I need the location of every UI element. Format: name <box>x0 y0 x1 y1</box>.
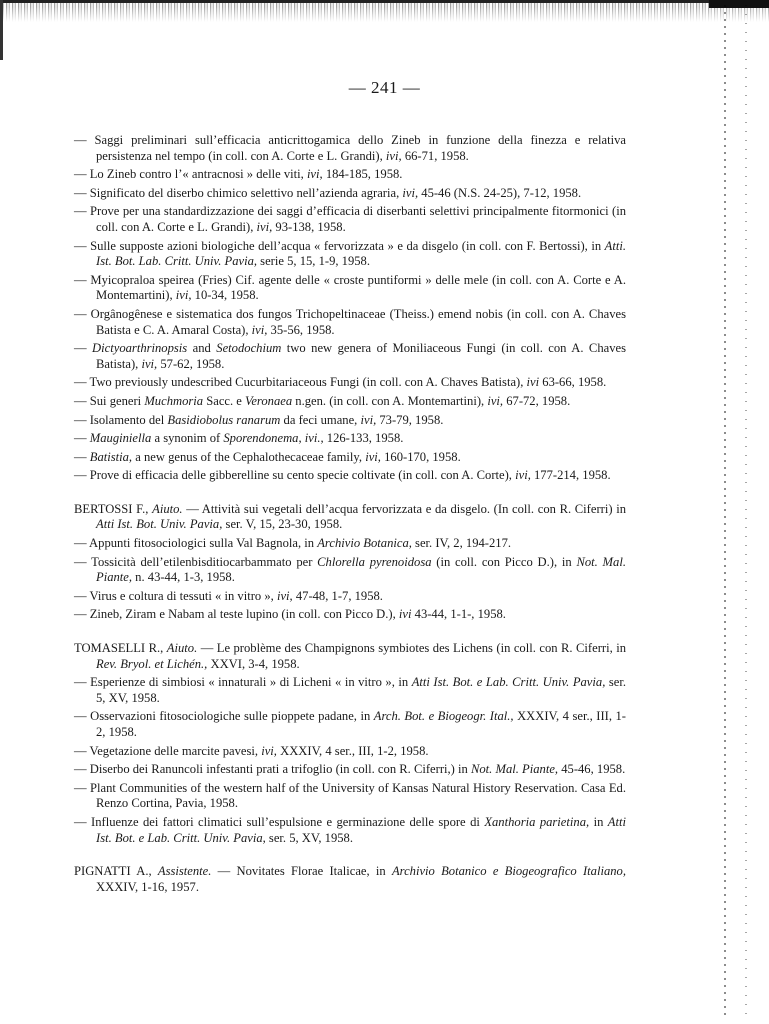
scan-edge-right <box>724 5 726 1015</box>
author-entry: TOMASELLI R., Aiuto. — Le problème des C… <box>74 641 626 672</box>
scan-corner-dark <box>709 0 769 8</box>
italic-text: Basidiobolus ranarum <box>167 413 280 427</box>
entry-text: — <box>74 431 90 445</box>
italic-text: ivi, <box>365 450 381 464</box>
bibliography-entry: — Appunti fitosociologici sulla Val Bagn… <box>74 536 626 552</box>
entry-text: a new genus of the Cephalothecaceae fami… <box>132 450 365 464</box>
italic-text: Muchmoria <box>144 394 203 408</box>
entry-text: and <box>187 341 216 355</box>
entry-text: 177-214, 1958. <box>531 468 611 482</box>
entry-text: — Saggi preliminari sull’efficacia antic… <box>74 133 626 163</box>
italic-text: ivi <box>527 375 540 389</box>
entry-text: 57-62, 1958. <box>157 357 224 371</box>
bibliography-entry: — Sulle supposte azioni biologiche dell’… <box>74 239 626 270</box>
italic-text: ivi, <box>257 220 273 234</box>
entry-text: ser. V, 15, 23-30, 1958. <box>222 517 342 531</box>
entry-text: — Sulle supposte azioni biologiche dell’… <box>74 239 605 253</box>
bibliography-entry: — Mauginiella a synonim of Sporendonema,… <box>74 431 626 447</box>
italic-text: Archivio Botanica, <box>317 536 412 550</box>
entry-text: ser. 5, XV, 1958. <box>266 831 353 845</box>
italic-text: ivi, <box>515 468 531 482</box>
entry-text: — Diserbo dei Ranuncoli infestanti prati… <box>74 762 471 776</box>
entry-text: — Lo Zineb contro l’« antracnosi » delle… <box>74 167 307 181</box>
entry-text: — Appunti fitosociologici sulla Val Bagn… <box>74 536 317 550</box>
entry-text: 47-48, 1-7, 1958. <box>293 589 383 603</box>
bibliography-entry: — Batistia, a new genus of the Cephaloth… <box>74 450 626 466</box>
scan-noise-top <box>0 0 769 22</box>
italic-text: ivi, <box>360 413 376 427</box>
entry-text: — <box>74 341 92 355</box>
entry-text: — Prove per una standardizzazione dei sa… <box>74 204 626 234</box>
italic-text: Arch. Bot. e Biogeogr. Ital., <box>374 709 514 723</box>
italic-text: Aiuto. <box>167 641 197 655</box>
entry-text: — Isolamento del <box>74 413 167 427</box>
bibliography-entry: — Prove per una standardizzazione dei sa… <box>74 204 626 235</box>
bibliography-entry: — Two previously undescribed Cucurbitari… <box>74 375 626 391</box>
italic-text: Rev. Bryol. et Lichén., <box>96 657 207 671</box>
italic-text: Assistente. <box>158 864 212 878</box>
entry-text: ser. IV, 2, 194-217. <box>412 536 511 550</box>
entry-text: in <box>589 815 608 829</box>
entry-text: — Tossicità dell’etilenbisditiocarbammat… <box>74 555 317 569</box>
scan-edge-top <box>0 0 769 3</box>
italic-text: Sporendonema, ivi., <box>223 431 323 445</box>
entry-text: 45-46, 1958. <box>558 762 625 776</box>
bibliography-entry: — Sui generi Muchmoria Sacc. e Veronaea … <box>74 394 626 410</box>
italic-text: ivi, <box>261 744 277 758</box>
entry-text: — Prove di efficacia delle gibberelline … <box>74 468 515 482</box>
entry-text: 93-138, 1958. <box>272 220 345 234</box>
italic-text: Xanthoria parietina, <box>484 815 589 829</box>
italic-text: Batistia, <box>90 450 132 464</box>
bibliography-entry: — Tossicità dell’etilenbisditiocarbammat… <box>74 555 626 586</box>
italic-text: ivi, <box>307 167 323 181</box>
entry-text: — Le problème des Champignons symbiotes … <box>197 641 626 655</box>
entry-text: — Influenze dei fattori climatici sull’e… <box>74 815 484 829</box>
entry-text: — Virus e coltura di tessuti « in vitro … <box>74 589 277 603</box>
bibliography-entry: — Plant Communities of the western half … <box>74 781 626 812</box>
bibliography-entry: — Influenze dei fattori climatici sull’e… <box>74 815 626 846</box>
italic-text: Chlorella pyrenoidosa <box>317 555 431 569</box>
entry-text: 63-66, 1958. <box>539 375 606 389</box>
bibliography-entry: — Saggi preliminari sull’efficacia antic… <box>74 133 626 164</box>
entry-text: — Zineb, Ziram e Nabam al teste lupino (… <box>74 607 399 621</box>
italic-text: Dictyoarthrinopsis <box>92 341 187 355</box>
entry-text: n. 43-44, 1-3, 1958. <box>132 570 235 584</box>
entry-text: — Osservazioni fitosociologiche sulle pi… <box>74 709 374 723</box>
author-entry: BERTOSSI F., Aiuto. — Attività sui veget… <box>74 502 626 533</box>
bibliography-entry: — Esperienze di simbiosi « innaturali » … <box>74 675 626 706</box>
italic-text: Setodochium <box>216 341 281 355</box>
italic-text: ivi, <box>487 394 503 408</box>
entry-text: — Vegetazione delle marcite pavesi, <box>74 744 261 758</box>
italic-text: ivi, <box>252 323 268 337</box>
entry-text: — Myicopraloa speirea (Fries) Cif. agent… <box>74 273 626 303</box>
entry-text: TOMASELLI R., <box>74 641 167 655</box>
italic-text: ivi, <box>176 288 192 302</box>
author-entry: PIGNATTI A., Assistente. — Novitates Flo… <box>74 864 626 895</box>
bibliography-entry: — Zineb, Ziram e Nabam al teste lupino (… <box>74 607 626 623</box>
entry-text: serie 5, 15, 1-9, 1958. <box>257 254 370 268</box>
entry-text: — Orgânogênese e sistematica dos fungos … <box>74 307 626 337</box>
entry-text: — Attività sui vegetali dell’acqua fervo… <box>183 502 626 516</box>
entry-text: a synonim of <box>151 431 223 445</box>
entry-text: — Novitates Florae Italicae, in <box>211 864 392 878</box>
italic-text: ivi, <box>141 357 157 371</box>
entry-text: — Sui generi <box>74 394 144 408</box>
scan-edge-right-outer <box>745 5 747 1015</box>
italic-text: Not. Mal. Piante, <box>471 762 558 776</box>
bibliography-entry: — Orgânogênese e sistematica dos fungos … <box>74 307 626 338</box>
entry-text: da feci umane, <box>280 413 360 427</box>
entry-text: 73-79, 1958. <box>376 413 443 427</box>
section-tomaselli: TOMASELLI R., Aiuto. — Le problème des C… <box>74 641 626 846</box>
bibliography-entry: — Virus e coltura di tessuti « in vitro … <box>74 589 626 605</box>
scan-edge-left <box>0 0 3 60</box>
entry-text: PIGNATTI A., <box>74 864 158 878</box>
italic-text: ivi, <box>386 149 402 163</box>
italic-text: ivi, <box>402 186 418 200</box>
bibliography: — Saggi preliminari sull’efficacia antic… <box>74 133 626 895</box>
entry-text: XXXIV, 1-16, 1957. <box>96 880 199 894</box>
entry-text: XXXIV, 4 ser., III, 1-2, 1958. <box>277 744 429 758</box>
italic-text: ivi <box>399 607 412 621</box>
entry-text: — Two previously undescribed Cucurbitari… <box>74 375 527 389</box>
entry-text: — <box>74 450 90 464</box>
italic-text: Atti Ist. Bot. Univ. Pavia, <box>96 517 222 531</box>
entry-text: BERTOSSI F., <box>74 502 152 516</box>
bibliography-entry: — Myicopraloa speirea (Fries) Cif. agent… <box>74 273 626 304</box>
entry-text: 43-44, 1-1-, 1958. <box>412 607 506 621</box>
bibliography-entry: — Significato del diserbo chimico selett… <box>74 186 626 202</box>
entry-text: 67-72, 1958. <box>503 394 570 408</box>
entry-text: n.gen. (in coll. con A. Montemartini), <box>292 394 487 408</box>
italic-text: Archivio Botanico e Biogeografico Italia… <box>392 864 626 878</box>
entry-text: — Significato del diserbo chimico selett… <box>74 186 402 200</box>
entry-text: 66-71, 1958. <box>402 149 469 163</box>
bibliography-entry: — Lo Zineb contro l’« antracnosi » delle… <box>74 167 626 183</box>
entry-text: 35-56, 1958. <box>267 323 334 337</box>
bibliography-entry: — Dictyoarthrinopsis and Setodochium two… <box>74 341 626 372</box>
bibliography-entry: — Diserbo dei Ranuncoli infestanti prati… <box>74 762 626 778</box>
entry-text: — Plant Communities of the western half … <box>74 781 626 811</box>
entry-text: (in coll. con Picco D.), in <box>432 555 577 569</box>
entry-text: 45-46 (N.S. 24-25), 7-12, 1958. <box>418 186 581 200</box>
section-continuation: — Saggi preliminari sull’efficacia antic… <box>74 133 626 484</box>
entry-text: 126-133, 1958. <box>324 431 404 445</box>
entry-text: Sacc. e <box>203 394 245 408</box>
entry-text: XXVI, 3-4, 1958. <box>207 657 299 671</box>
bibliography-entry: — Vegetazione delle marcite pavesi, ivi,… <box>74 744 626 760</box>
italic-text: Aiuto. <box>152 502 182 516</box>
entry-text: — Esperienze di simbiosi « innaturali » … <box>74 675 412 689</box>
bibliography-entry: — Osservazioni fitosociologiche sulle pi… <box>74 709 626 740</box>
entry-text: 184-185, 1958. <box>323 167 403 181</box>
bibliography-entry: — Prove di efficacia delle gibberelline … <box>74 468 626 484</box>
entry-text: 160-170, 1958. <box>381 450 461 464</box>
italic-text: Atti Ist. Bot. e Lab. Critt. Univ. Pavia… <box>412 675 606 689</box>
italic-text: ivi, <box>277 589 293 603</box>
bibliography-entry: — Isolamento del Basidiobolus ranarum da… <box>74 413 626 429</box>
page-number: — 241 — <box>0 78 769 98</box>
entry-text: 10-34, 1958. <box>192 288 259 302</box>
italic-text: Veronaea <box>245 394 292 408</box>
section-pignatti: PIGNATTI A., Assistente. — Novitates Flo… <box>74 864 626 895</box>
section-bertossi: BERTOSSI F., Aiuto. — Attività sui veget… <box>74 502 626 623</box>
italic-text: Mauginiella <box>90 431 152 445</box>
